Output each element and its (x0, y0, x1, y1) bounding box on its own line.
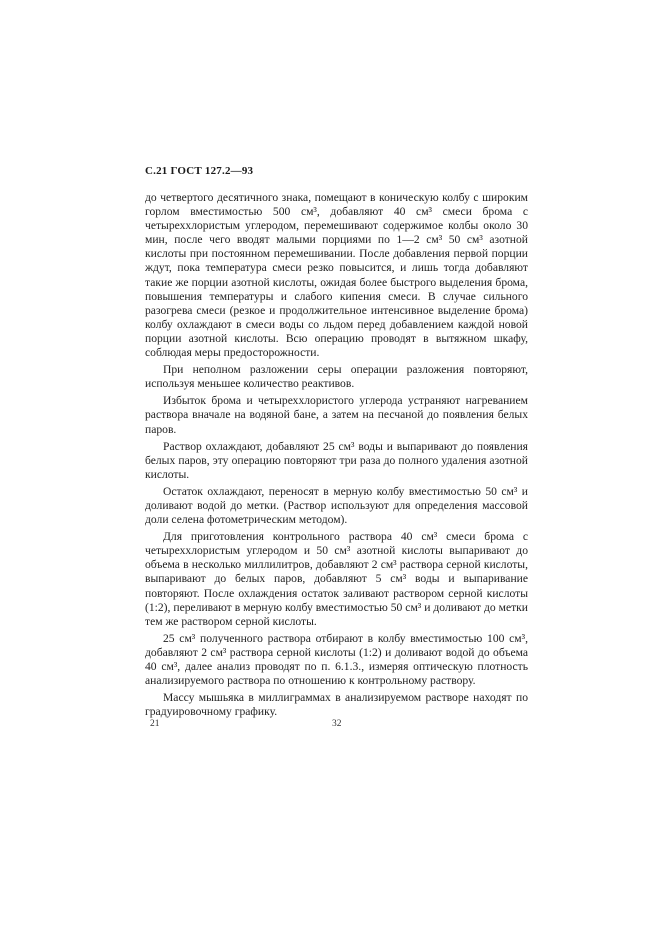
paragraph: Массу мышьяка в миллиграммах в анализиру… (145, 691, 528, 719)
footer-sheet-number: 32 (332, 719, 342, 729)
running-header: С.21 ГОСТ 127.2—93 (145, 165, 253, 177)
paragraph: Остаток охлаждают, переносят в мерную ко… (145, 485, 528, 527)
paragraph: Избыток брома и четыреххлористого углеро… (145, 394, 528, 436)
footer-page-number: 21 (150, 719, 160, 729)
paragraph: до четвертого десятичного знака, помещаю… (145, 191, 528, 360)
body-text: до четвертого десятичного знака, помещаю… (145, 191, 528, 719)
document-page: С.21 ГОСТ 127.2—93 до четвертого десятич… (0, 0, 661, 935)
paragraph: Для приготовления контрольного раствора … (145, 530, 528, 629)
paragraph: При неполном разложении серы операции ра… (145, 363, 528, 391)
paragraph: 25 см³ полученного раствора отбирают в к… (145, 632, 528, 688)
paragraph: Раствор охлаждают, добавляют 25 см³ воды… (145, 440, 528, 482)
